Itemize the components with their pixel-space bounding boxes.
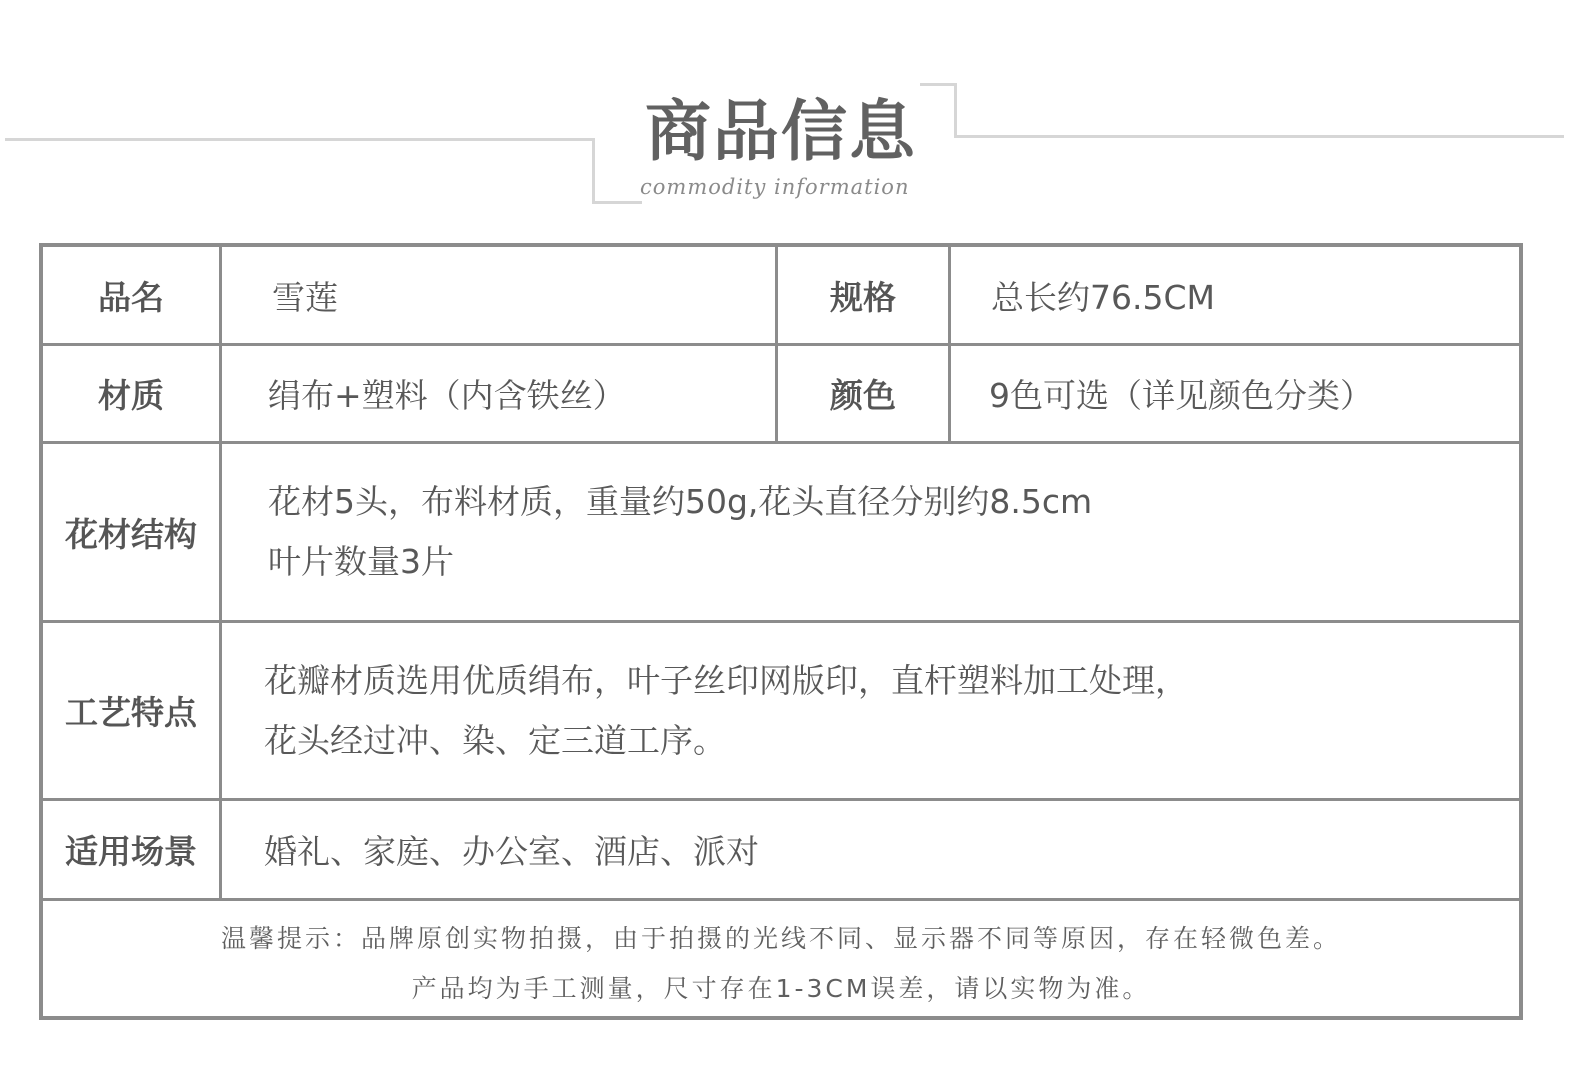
header-decoration-right-vertical [954,83,957,138]
product-info-table: 品名 雪莲 规格 总长约76.5CM 材质 绢布+塑料（内含铁丝） 颜色 9色可… [39,243,1523,1020]
value-craft-features: 花瓣材质选用优质绢布，叶子丝印网版印，直杆塑料加工处理， 花头经过冲、染、定三道… [222,623,1519,798]
label-color: 颜色 [778,346,948,441]
flower-structure-line-1: 花材5头，布料材质，重量约50g,花头直径分别约8.5cm [268,472,1092,532]
value-color: 9色可选（详见颜色分类） [951,346,1519,441]
value-specification: 总长约76.5CM [951,247,1519,343]
value-product-name: 雪莲 [222,247,775,343]
craft-features-line-2: 花头经过冲、染、定三道工序。 [264,711,726,771]
flower-structure-line-2: 叶片数量3片 [268,532,454,592]
value-flower-structure: 花材5头，布料材质，重量约50g,花头直径分别约8.5cm 叶片数量3片 [222,444,1519,620]
header-decoration-left-bottom [592,201,642,204]
craft-features-line-1: 花瓣材质选用优质绢布，叶子丝印网版印，直杆塑料加工处理， [264,651,1188,711]
header-decoration-left-vertical [592,138,595,204]
notice-line-1: 温馨提示：品牌原创实物拍摄，由于拍摄的光线不同、显示器不同等原因，存在轻微色差。 [43,915,1519,963]
label-product-name: 品名 [43,247,219,343]
value-material: 绢布+塑料（内含铁丝） [222,346,775,441]
value-usage-scenarios: 婚礼、家庭、办公室、酒店、派对 [222,801,1519,898]
notice-line-2: 产品均为手工测量，尺寸存在1-3CM误差，请以实物为准。 [43,965,1519,1013]
header-decoration-right-horizontal [954,135,1564,138]
label-craft-features: 工艺特点 [43,623,219,798]
header-decoration-left-horizontal [5,138,595,141]
row-divider [43,898,1519,901]
label-usage-scenarios: 适用场景 [43,801,219,898]
label-flower-structure: 花材结构 [43,444,219,620]
label-specification: 规格 [778,247,948,343]
label-material: 材质 [43,346,219,441]
header-decoration-right-top [920,83,957,86]
page-subtitle: commodity information [640,172,940,202]
page-title: 商品信息 [645,92,915,172]
